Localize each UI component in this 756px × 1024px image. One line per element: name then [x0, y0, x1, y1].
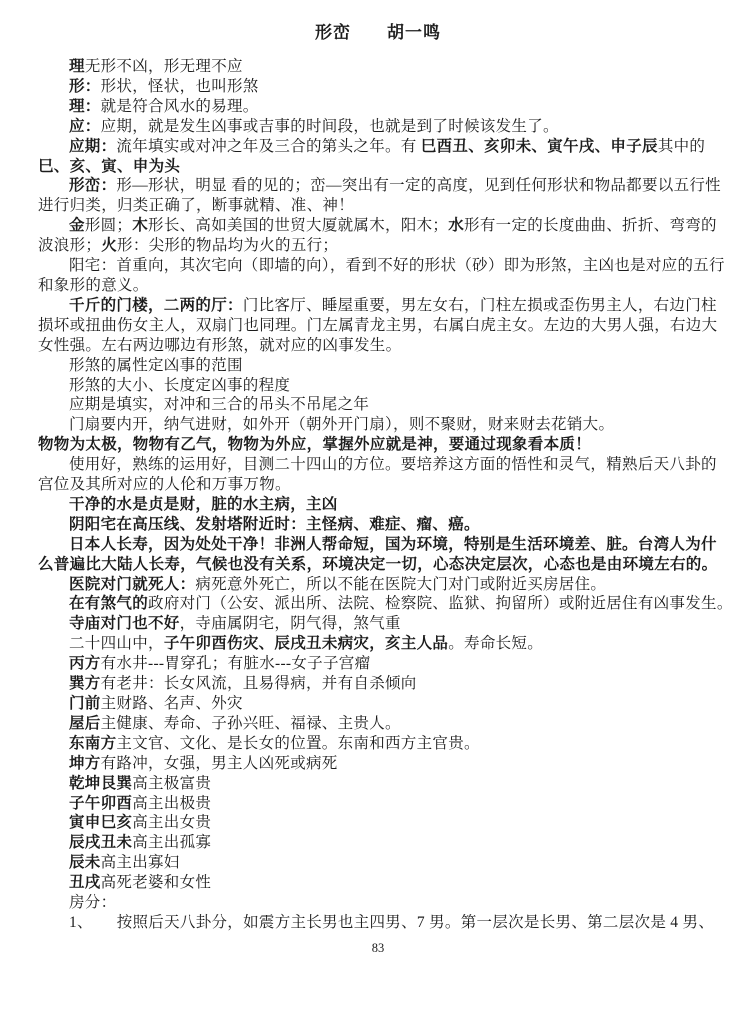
text-line: 女性强。左右两边哪边有形煞，就对应的凶事发生。 [38, 336, 718, 356]
text-segment: 1、 [69, 914, 85, 931]
text-segment: 高主出孤寡 [132, 834, 211, 851]
text-line: 寅申巳亥高主出女贵 [38, 813, 718, 833]
text-line: 日本人长寿，因为处处干净！非洲人帮命短，国为环境，特别是生活环境差、脏。台湾人为… [38, 535, 718, 555]
bold-text-segment: 理 [69, 58, 85, 75]
text-line: 巽方有老井：长女风流，且易得病，并有自杀倾向 [38, 674, 718, 694]
text-segment: 门扇要内开，纳气进财，如外开（朝外开门扇），则不聚财，财来财去花销大。 [69, 416, 614, 433]
text-line: 东南方主文官、文化、是长女的位置。东南和西方主官贵。 [38, 734, 718, 754]
text-segment: 和象形的意义。 [38, 277, 149, 294]
text-line: 在有煞气的政府对门（公安、派出所、法院、检察院、监狱、拘留所）或附近居住有凶事发… [38, 594, 718, 614]
text-line: 辰未高主出寡妇 [38, 853, 718, 873]
text-segment: 主健康、寿命、子孙兴旺、福禄、主贵人。 [101, 715, 401, 732]
document-page: 形峦 胡一鸣 理无形不凶，形无理不应形：形状，怪状，也叫形煞理：就是符合风水的易… [0, 0, 756, 1024]
text-segment: 主文官、文化、是长女的位置。东南和西方主官贵。 [116, 735, 479, 752]
bold-text-segment: 水 [448, 217, 464, 234]
bold-text-segment: 干净的水是贞是财，脏的水主病，主凶 [69, 496, 338, 513]
bold-text-segment: 寅申巳亥 [69, 814, 132, 831]
bold-text-segment: 金 [69, 217, 85, 234]
text-segment: 形：尖形的物品均为火的五行； [117, 237, 338, 254]
text-line: 物物为太极，物物有乙气，物物为外应，掌握外应就是神，要通过现象看本质！ [38, 435, 718, 455]
bold-text-segment: 火 [101, 237, 117, 254]
bold-text-segment: 形： [69, 78, 101, 95]
page-title: 形峦 胡一鸣 [38, 22, 718, 44]
bold-text-segment: 辰戌丑未 [69, 834, 132, 851]
text-segment: 阳宅：首重向，其次宅向（即墙的向），看到不好的形状（砂）即为形煞，主凶也是对应的… [69, 257, 725, 274]
text-segment: 高主出极贵 [132, 795, 211, 812]
text-segment: 有路冲，女强，男主人凶死或病死 [101, 755, 338, 772]
bold-text-segment: 东南方 [69, 735, 116, 752]
text-line: 坤方有路冲，女强，男主人凶死或病死 [38, 754, 718, 774]
text-segment: 房分： [69, 894, 116, 911]
text-line: 子午卯酉高主出极贵 [38, 794, 718, 814]
text-line: 寺庙对门也不好，寺庙属阴宅，阴气得，煞气重 [38, 614, 718, 634]
text-line: 应期：流年填实或对冲之年及三合的第头之年。有 巳酉丑、亥卯未、寅午戌、申子辰其中… [38, 137, 718, 157]
text-line: 进行归类，归类正确了，断事就精、准、神！ [38, 196, 718, 216]
bold-text-segment: 么普遍比大陆人长寿，气候也没有关系，环境决定一切，心态决定层次，心态也是由环境左… [38, 556, 717, 573]
text-segment: 政府对门（公安、派出所、法院、检察院、监狱、拘留所）或附近居住有凶事发生。 [148, 595, 733, 612]
bold-text-segment: 子午卯酉 [69, 795, 132, 812]
bold-text-segment: 辰未 [69, 854, 101, 871]
text-segment: 女性强。左右两边哪边有形煞，就对应的凶事发生。 [38, 337, 401, 354]
text-segment: 主财路、名声、外灾 [101, 695, 243, 712]
text-line: 二十四山中，子午卯酉伤灾、辰戌丑未病灾，亥主人品。寿命长短。 [38, 634, 718, 654]
text-segment: 形煞的大小、长度定凶事的程度 [69, 377, 290, 394]
text-segment: 形长、高如美国的世贸大厦就属木，阳木； [148, 217, 448, 234]
text-segment: 高主出寡妇 [101, 854, 180, 871]
text-segment: 流年填实或对冲之年及三合的第头之年。有 [116, 138, 420, 155]
text-segment: 宫位及其所对应的人伦和万事万物。 [38, 476, 291, 493]
text-segment: 就是符合风水的易理。 [101, 98, 259, 115]
text-line: 波浪形；火形：尖形的物品均为火的五行； [38, 236, 718, 256]
text-line: 应期是填实，对冲和三合的吊头不吊尾之年 [38, 395, 718, 415]
document-lines: 理无形不凶，形无理不应形：形状，怪状，也叫形煞理：就是符合风水的易理。应：应期，… [38, 57, 718, 933]
text-line: 丙方有水井---胃穿孔；有脏水---女子子宫瘤 [38, 654, 718, 674]
bold-text-segment: 日本人长寿，因为处处干净！非洲人帮命短，国为环境，特别是生活环境差、脏。台湾人为… [69, 536, 717, 553]
text-line: 门前主财路、名声、外灾 [38, 694, 718, 714]
bold-text-segment: 在有煞气的 [69, 595, 148, 612]
text-segment: 形圆； [85, 217, 132, 234]
text-line: 1、 按照后天八卦分，如震方主长男也主四男、7 男。第一层次是长男、第二层次是 … [38, 913, 718, 933]
text-segment: 有老井：长女风流，且易得病，并有自杀倾向 [101, 675, 417, 692]
text-segment: 波浪形； [38, 237, 101, 254]
text-line: 么普遍比大陆人长寿，气候也没有关系，环境决定一切，心态决定层次，心态也是由环境左… [38, 555, 718, 575]
bold-text-segment: 门前 [69, 695, 101, 712]
text-segment: 有水井---胃穿孔；有脏水---女子子宫瘤 [101, 655, 371, 672]
bold-text-segment: 物物为太极，物物有乙气，物物为外应，掌握外应就是神，要通过现象看本质！ [38, 436, 591, 453]
text-line: 使用好，熟练的运用好，目测二十四山的方位。要培养这方面的悟性和灵气，精熟后天八卦… [38, 455, 718, 475]
text-segment: 损坏或扭曲伤女主人，双扇门也同理。门左属青龙主男，右属白虎主女。左边的大男人强，… [38, 317, 717, 334]
text-line: 形峦：形—形状，明显 看的见的；峦—突出有一定的高度，见到任何形状和物品都要以五… [38, 176, 718, 196]
text-segment: 形有一定的长度曲曲、折折、弯弯的 [464, 217, 717, 234]
bold-text-segment: 乾坤艮巽 [69, 775, 132, 792]
bold-text-segment: 巽方 [69, 675, 101, 692]
text-segment: 高死老婆和女性 [101, 874, 212, 891]
text-line: 干净的水是贞是财，脏的水主病，主凶 [38, 495, 718, 515]
bold-text-segment: 寺庙对门也不好 [69, 615, 180, 632]
text-line: 医院对门就死人：病死意外死亡，所以不能在医院大门对门或附近买房居住。 [38, 575, 718, 595]
text-segment: 进行归类，归类正确了，断事就精、准、神！ [38, 197, 354, 214]
text-line: 阳宅：首重向，其次宅向（即墙的向），看到不好的形状（砂）即为形煞，主凶也是对应的… [38, 256, 718, 276]
text-segment: 病死意外死亡，所以不能在医院大门对门或附近买房居住。 [195, 576, 606, 593]
bold-text-segment: 巳酉丑、亥卯未、寅午戌、申子辰 [421, 138, 658, 155]
text-line: 理：就是符合风水的易理。 [38, 97, 718, 117]
text-segment: 。寿命长短。 [448, 635, 543, 652]
bold-text-segment: 丑戌 [69, 874, 101, 891]
text-line: 丑戌高死老婆和女性 [38, 873, 718, 893]
text-line: 宫位及其所对应的人伦和万事万物。 [38, 475, 718, 495]
bold-text-segment: 木 [132, 217, 148, 234]
text-segment: 应期，就是发生凶事或吉事的时间段，也就是到了时候该发生了。 [101, 118, 559, 135]
bold-text-segment: 子午卯酉伤灾、辰戌丑未病灾，亥主人品 [164, 635, 448, 652]
text-line: 辰戌丑未高主出孤寡 [38, 833, 718, 853]
text-segment: 按照后天八卦分，如震方主长男也主四男、7 男。第一层次是长男、第二层次是 4 男… [85, 914, 714, 931]
text-segment: 无形不凶，形无理不应 [85, 58, 243, 75]
bold-text-segment: 坤方 [69, 755, 101, 772]
text-segment: 高主出女贵 [132, 814, 211, 831]
text-line: 金形圆；木形长、高如美国的世贸大厦就属木，阳木；水形有一定的长度曲曲、折折、弯弯… [38, 216, 718, 236]
text-segment: 高主极富贵 [132, 775, 211, 792]
text-line: 理无形不凶，形无理不应 [38, 57, 718, 77]
text-line: 形：形状，怪状，也叫形煞 [38, 77, 718, 97]
text-segment: 门比客厅、睡屋重要，男左女右，门柱左损或歪伤男主人，右边门柱 [243, 297, 717, 314]
text-segment: 形状，怪状，也叫形煞 [101, 78, 259, 95]
text-line: 房分： [38, 893, 718, 913]
text-segment: 二十四山中， [69, 635, 164, 652]
text-segment: 形煞的属性定凶事的范围 [69, 357, 243, 374]
text-line: 应：应期，就是发生凶事或吉事的时间段，也就是到了时候该发生了。 [38, 117, 718, 137]
bold-text-segment: 应期： [69, 138, 116, 155]
text-line: 门扇要内开，纳气进财，如外开（朝外开门扇），则不聚财，财来财去花销大。 [38, 415, 718, 435]
text-line: 形煞的大小、长度定凶事的程度 [38, 376, 718, 396]
bold-text-segment: 阴阳宅在高压线、发射塔附近时：主怪病、难症、瘤、癌。 [69, 516, 480, 533]
bold-text-segment: 应： [69, 118, 101, 135]
text-line: 阴阳宅在高压线、发射塔附近时：主怪病、难症、瘤、癌。 [38, 515, 718, 535]
text-line: 千斤的门楼，二两的厅：门比客厅、睡屋重要，男左女右，门柱左损或歪伤男主人，右边门… [38, 296, 718, 316]
text-line: 形煞的属性定凶事的范围 [38, 356, 718, 376]
bold-text-segment: 巳、亥、寅、申为头 [38, 158, 180, 175]
text-segment: 形—形状，明显 看的见的；峦—突出有一定的高度，见到任何形状和物品都要以五行性 [116, 177, 721, 194]
text-segment: 使用好，熟练的运用好，目测二十四山的方位。要培养这方面的悟性和灵气，精熟后天八卦… [69, 456, 717, 473]
text-line: 屋后主健康、寿命、子孙兴旺、福禄、主贵人。 [38, 714, 718, 734]
bold-text-segment: 千斤的门楼，二两的厅： [69, 297, 243, 314]
text-line: 损坏或扭曲伤女主人，双扇门也同理。门左属青龙主男，右属白虎主女。左边的大男人强，… [38, 316, 718, 336]
text-segment: 其中的 [658, 138, 705, 155]
page-number: 83 [0, 941, 756, 956]
text-segment: 应期是填实，对冲和三合的吊头不吊尾之年 [69, 396, 369, 413]
bold-text-segment: 屋后 [69, 715, 101, 732]
text-line: 巳、亥、寅、申为头 [38, 157, 718, 177]
bold-text-segment: 医院对门就死人： [69, 576, 195, 593]
bold-text-segment: 形峦： [69, 177, 116, 194]
text-segment: ，寺庙属阴宅，阴气得，煞气重 [180, 615, 401, 632]
text-line: 和象形的意义。 [38, 276, 718, 296]
bold-text-segment: 丙方 [69, 655, 101, 672]
bold-text-segment: 理： [69, 98, 101, 115]
text-line: 乾坤艮巽高主极富贵 [38, 774, 718, 794]
